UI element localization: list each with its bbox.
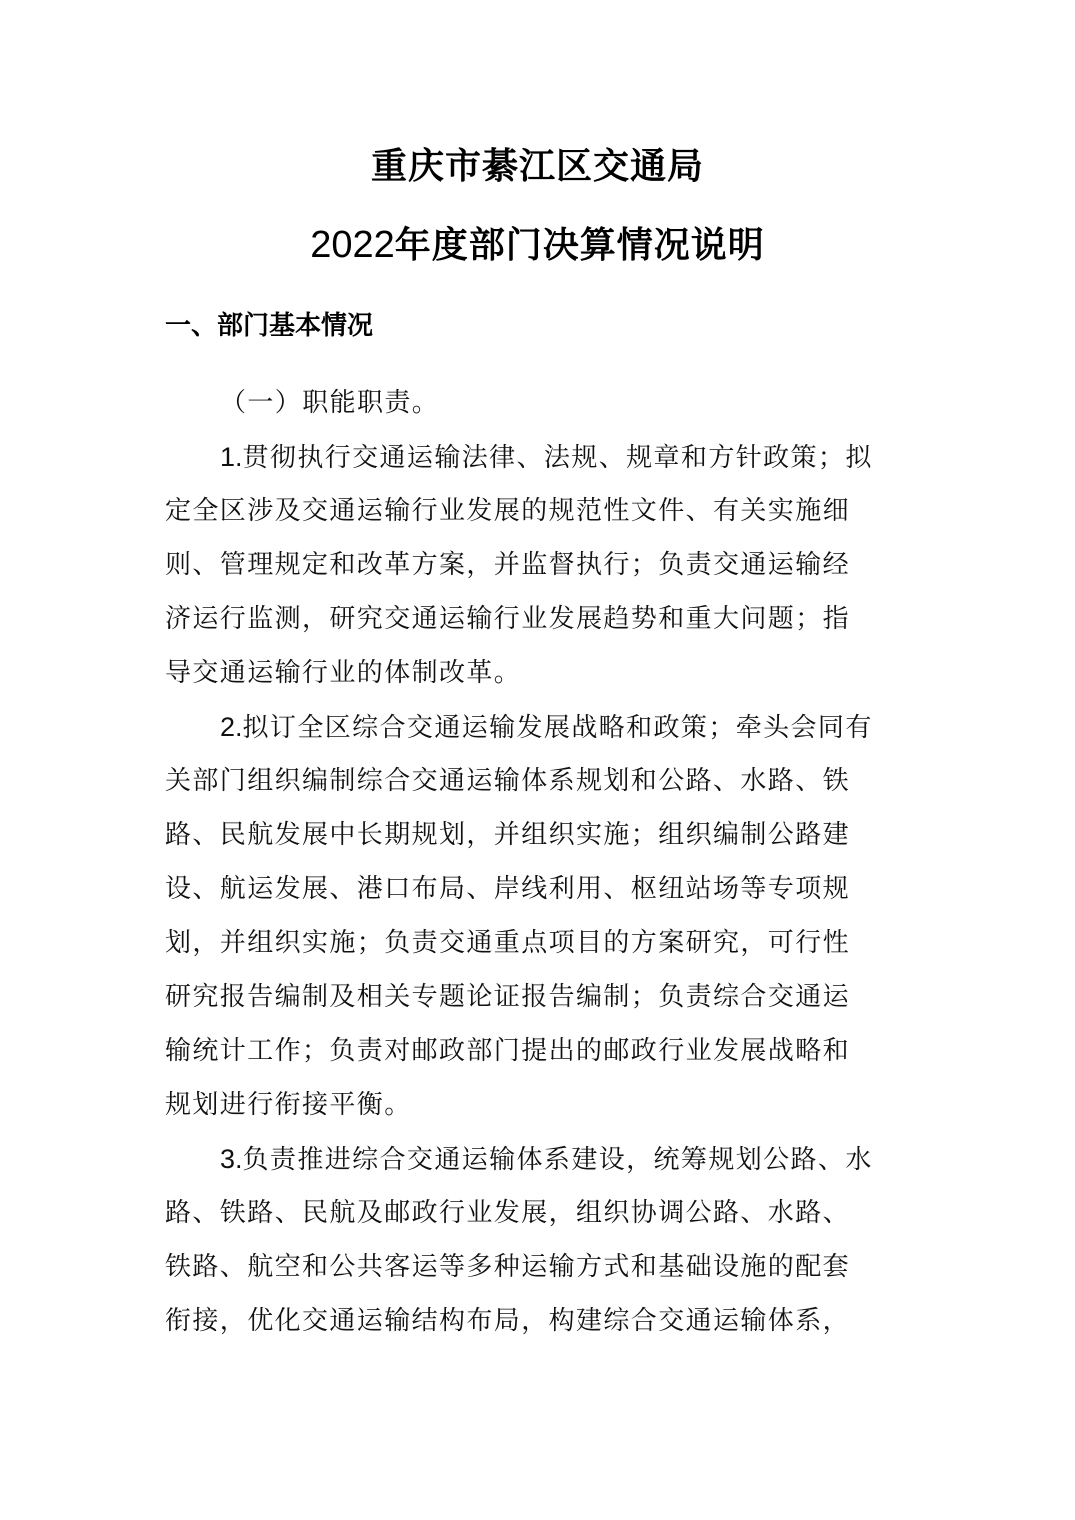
paragraph-3-line-2: 路、铁路、民航及邮政行业发展，组织协调公路、水路、 [165,1193,910,1233]
paragraph-number: 2. [220,712,243,742]
paragraph-3-line-1: 3.负责推进综合交通运输体系建设，统筹规划公路、水 [220,1139,965,1179]
document-title-line1: 重庆市綦江区交通局 [0,138,1075,189]
paragraph-2-line-1: 2.拟订全区综合交通运输发展战略和政策；牵头会同有 [220,707,965,747]
title-rest: 年度部门决算情况说明 [395,225,765,266]
paragraph-2-line-7: 输统计工作；负责对邮政部门提出的邮政行业发展战略和 [165,1031,910,1071]
paragraph-3-line-3: 铁路、航空和公共客运等多种运输方式和基础设施的配套 [165,1247,910,1287]
paragraph-2-line-8: 规划进行衔接平衡。 [165,1085,910,1125]
paragraph-1-line-3: 则、管理规定和改革方案，并监督执行；负责交通运输经 [165,545,910,585]
paragraph-1-line-4: 济运行监测，研究交通运输行业发展趋势和重大问题；指 [165,599,910,639]
paragraph-2-line-3: 路、民航发展中长期规划，并组织实施；组织编制公路建 [165,815,910,855]
section-heading-basic-info: 一、部门基本情况 [165,305,373,342]
document-title-line2: 2022年度部门决算情况说明 [0,217,1075,268]
paragraph-2-line-6: 研究报告编制及相关专题论证报告编制；负责综合交通运 [165,977,910,1017]
title-year: 2022 [310,224,395,266]
paragraph-2-line-5: 划，并组织实施；负责交通重点项目的方案研究，可行性 [165,923,910,963]
paragraph-2-line-2: 关部门组织编制综合交通运输体系规划和公路、水路、铁 [165,761,910,801]
paragraph-3-line-4: 衔接，优化交通运输结构布局，构建综合交通运输体系， [165,1301,910,1341]
paragraph-1-line-2: 定全区涉及交通运输行业发展的规范性文件、有关实施细 [165,491,910,531]
document-page: 重庆市綦江区交通局 2022年度部门决算情况说明 一、部门基本情况 （一）职能职… [0,0,1075,1520]
paragraph-number: 3. [220,1144,243,1174]
paragraph-1-line-1: 1.贯彻执行交通运输法律、法规、规章和方针政策；拟 [220,437,965,477]
paragraph-number: 1. [220,442,243,472]
paragraph-1-line-5: 导交通运输行业的体制改革。 [165,653,910,693]
paragraph-2-line-4: 设、航运发展、港口布局、岸线利用、枢纽站场等专项规 [165,869,910,909]
subsection-heading-duties: （一）职能职责。 [220,383,965,423]
